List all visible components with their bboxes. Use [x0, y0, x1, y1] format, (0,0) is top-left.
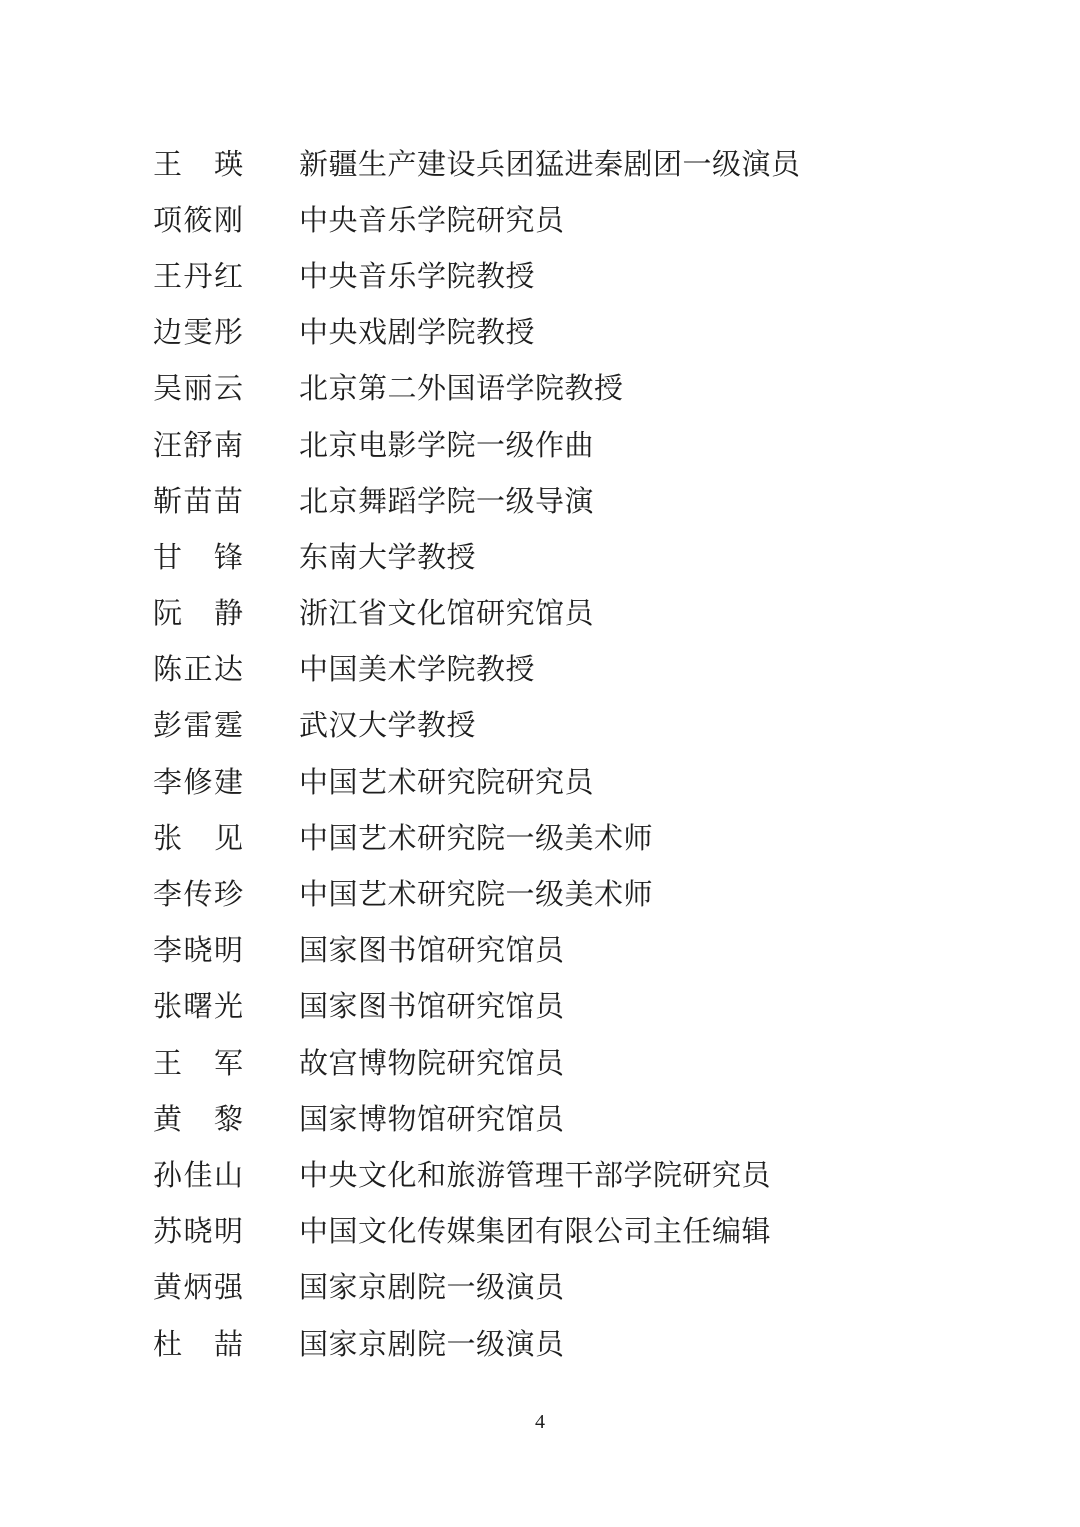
person-name: 彭雷霆	[153, 703, 299, 744]
person-affiliation-title: 国家博物馆研究馆员	[299, 1097, 565, 1138]
list-item: 项筱刚 中央音乐学院研究员	[153, 190, 1020, 246]
list-item: 阮 静 浙江省文化馆研究馆员	[153, 584, 1020, 640]
person-affiliation-title: 浙江省文化馆研究馆员	[299, 591, 594, 632]
list-item: 孙佳山 中央文化和旅游管理干部学院研究员	[153, 1145, 1020, 1201]
person-name: 黄 黎	[153, 1097, 299, 1138]
person-affiliation-title: 中国美术学院教授	[299, 647, 535, 688]
list-item: 王 军 故宫博物院研究馆员	[153, 1033, 1020, 1089]
list-item: 边雯彤 中央戏剧学院教授	[153, 303, 1020, 359]
person-name: 汪舒南	[153, 423, 299, 464]
list-item: 张 见 中国艺术研究院一级美术师	[153, 808, 1020, 864]
person-name: 陈正达	[153, 647, 299, 688]
person-name: 苏晓明	[153, 1209, 299, 1250]
person-name: 王 瑛	[153, 142, 299, 183]
list-item: 黄 黎 国家博物馆研究馆员	[153, 1089, 1020, 1145]
person-name: 靳苗苗	[153, 479, 299, 520]
list-item: 汪舒南 北京电影学院一级作曲	[153, 415, 1020, 471]
person-affiliation-title: 中国艺术研究院一级美术师	[299, 872, 653, 913]
person-affiliation-title: 北京电影学院一级作曲	[299, 423, 594, 464]
person-affiliation-title: 国家图书馆研究馆员	[299, 984, 565, 1025]
person-name: 边雯彤	[153, 310, 299, 351]
list-item: 陈正达 中国美术学院教授	[153, 640, 1020, 696]
person-name: 黄炳强	[153, 1265, 299, 1306]
person-affiliation-title: 东南大学教授	[299, 535, 476, 576]
honoree-list: 王 瑛 新疆生产建设兵团猛进秦剧团一级演员 项筱刚 中央音乐学院研究员 王丹红 …	[153, 134, 1020, 1370]
person-name: 李传珍	[153, 872, 299, 913]
person-affiliation-title: 中国艺术研究院一级美术师	[299, 816, 653, 857]
page-number: 4	[0, 1411, 1080, 1434]
person-name: 王 军	[153, 1041, 299, 1082]
person-name: 项筱刚	[153, 198, 299, 239]
person-name: 张曙光	[153, 984, 299, 1025]
list-item: 王 瑛 新疆生产建设兵团猛进秦剧团一级演员	[153, 134, 1020, 190]
person-affiliation-title: 国家图书馆研究馆员	[299, 928, 565, 969]
person-affiliation-title: 国家京剧院一级演员	[299, 1265, 565, 1306]
list-item: 李传珍 中国艺术研究院一级美术师	[153, 864, 1020, 920]
person-name: 李修建	[153, 760, 299, 801]
person-affiliation-title: 故宫博物院研究馆员	[299, 1041, 565, 1082]
list-item: 黄炳强 国家京剧院一级演员	[153, 1258, 1020, 1314]
person-affiliation-title: 中央音乐学院研究员	[299, 198, 565, 239]
person-affiliation-title: 中央文化和旅游管理干部学院研究员	[299, 1153, 771, 1194]
list-item: 吴丽云 北京第二外国语学院教授	[153, 359, 1020, 415]
person-name: 李晓明	[153, 928, 299, 969]
list-item: 杜 喆 国家京剧院一级演员	[153, 1314, 1020, 1370]
person-name: 杜 喆	[153, 1322, 299, 1363]
person-affiliation-title: 中央音乐学院教授	[299, 254, 535, 295]
person-affiliation-title: 中国艺术研究院研究员	[299, 760, 594, 801]
list-item: 张曙光 国家图书馆研究馆员	[153, 977, 1020, 1033]
person-affiliation-title: 北京舞蹈学院一级导演	[299, 479, 594, 520]
list-item: 王丹红 中央音乐学院教授	[153, 246, 1020, 302]
list-item: 彭雷霆 武汉大学教授	[153, 696, 1020, 752]
person-affiliation-title: 国家京剧院一级演员	[299, 1322, 565, 1363]
person-affiliation-title: 武汉大学教授	[299, 703, 476, 744]
list-item: 靳苗苗 北京舞蹈学院一级导演	[153, 471, 1020, 527]
person-name: 孙佳山	[153, 1153, 299, 1194]
list-item: 苏晓明 中国文化传媒集团有限公司主任编辑	[153, 1202, 1020, 1258]
person-name: 张 见	[153, 816, 299, 857]
person-affiliation-title: 中央戏剧学院教授	[299, 310, 535, 351]
list-item: 李晓明 国家图书馆研究馆员	[153, 921, 1020, 977]
person-affiliation-title: 北京第二外国语学院教授	[299, 366, 624, 407]
person-name: 王丹红	[153, 254, 299, 295]
person-name: 吴丽云	[153, 366, 299, 407]
person-affiliation-title: 新疆生产建设兵团猛进秦剧团一级演员	[299, 142, 801, 183]
document-page: 王 瑛 新疆生产建设兵团猛进秦剧团一级演员 项筱刚 中央音乐学院研究员 王丹红 …	[0, 0, 1080, 1527]
person-name: 阮 静	[153, 591, 299, 632]
person-name: 甘 锋	[153, 535, 299, 576]
list-item: 李修建 中国艺术研究院研究员	[153, 752, 1020, 808]
person-affiliation-title: 中国文化传媒集团有限公司主任编辑	[299, 1209, 771, 1250]
list-item: 甘 锋 东南大学教授	[153, 527, 1020, 583]
